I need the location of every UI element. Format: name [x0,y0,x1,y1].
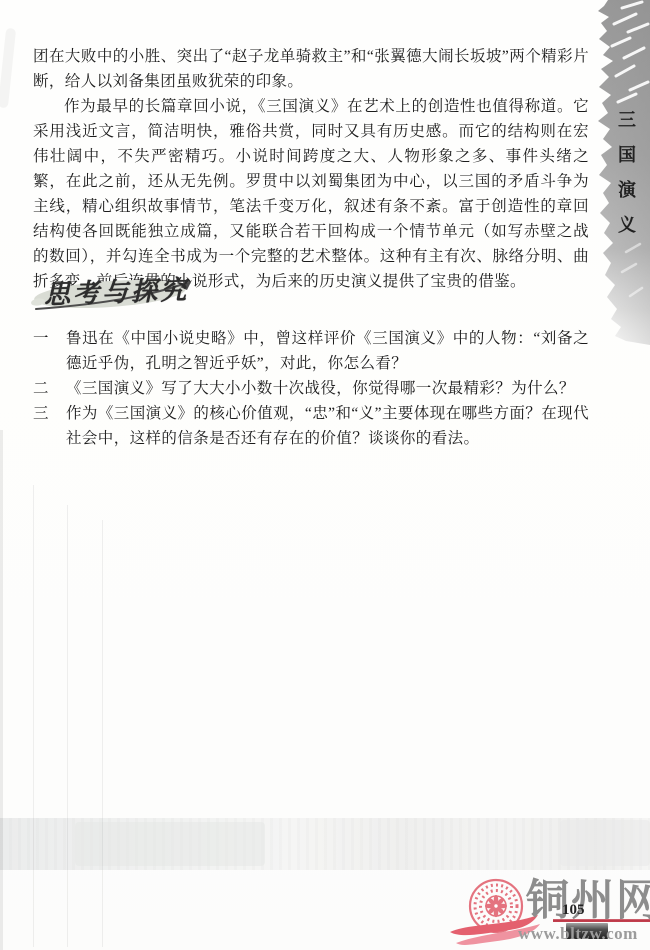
question-number: 二 [33,376,66,401]
scan-texture-patch [75,822,265,866]
question-number: 三 [33,401,66,451]
watermark-site-name: 铜州网 [526,880,650,923]
watermark-site-url: www.bltzw.com [518,924,650,944]
scan-fold-line [67,505,68,947]
question-text: 《三国演义》写了大大小小数十次战役，你觉得哪一次最精彩？为什么？ [66,376,589,401]
body-paragraph-continued: 团在大败中的小胜、突出了“赵子龙单骑救主”和“张翼德大闹长坂坡”两个精彩片断，给… [33,44,589,94]
section-heading: 思考与探究 [28,268,208,318]
site-watermark: 铜州网 www.bltzw.com [438,872,650,950]
body-paragraph: 作为最早的长篇章回小说，《三国演义》在艺术上的创造性也值得称道。它采用浅近文言，… [33,94,589,294]
side-tab-book-title: 三国演义 [613,110,639,250]
scan-fold-line [102,520,103,947]
question-list: 一 鲁迅在《中国小说史略》中，曾这样评价《三国演义》中的人物：“刘备之德近乎伪，… [33,326,589,451]
question-item: 二 《三国演义》写了大大小小数十次战役，你觉得哪一次最精彩？为什么？ [33,376,589,401]
question-text: 鲁迅在《中国小说史略》中，曾这样评价《三国演义》中的人物：“刘备之德近乎伪，孔明… [66,326,589,376]
question-item: 一 鲁迅在《中国小说史略》中，曾这样评价《三国演义》中的人物：“刘备之德近乎伪，… [33,326,589,376]
scan-texture-patch [560,820,650,866]
question-item: 三 作为《三国演义》的核心价值观，“忠”和“义”主要体现在哪些方面？在现代社会中… [33,401,589,451]
question-number: 一 [33,326,66,376]
page-number: 105 [562,902,585,919]
scan-fold-line [33,485,34,947]
question-text: 作为《三国演义》的核心价值观，“忠”和“义”主要体现在哪些方面？在现代社会中，这… [66,401,589,451]
page-edge-shade [0,430,3,950]
scan-smudge [0,28,16,109]
book-page: 三国演义 团在大败中的小胜、突出了“赵子龙单骑救主”和“张翼德大闹长坂坡”两个精… [0,0,650,950]
footer-red-rule [553,919,650,922]
page-content: 团在大败中的小胜、突出了“赵子龙单骑救主”和“张翼德大闹长坂坡”两个精彩片断，给… [33,44,589,294]
section-heading-text: 思考与探究 [43,269,189,311]
